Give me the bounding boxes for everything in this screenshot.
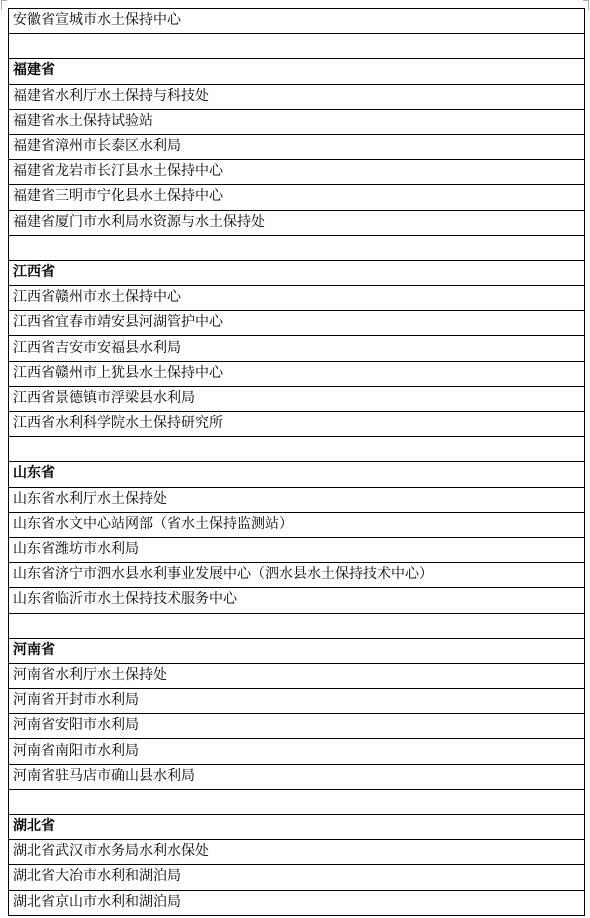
row-text: 山东省济宁市泗水县水利事业发展中心（泗水县水土保持技术中心） [13,568,433,582]
province-header-row: 山东省 [9,462,584,487]
row-text: 江西省赣州市上犹县水土保持中心 [13,367,223,381]
empty-row [9,437,584,462]
row-text: 山东省水利厅水土保持处 [13,493,167,507]
org-row: 湖北省大冶市水利和湖泊局 [9,865,584,890]
org-row: 福建省三明市宁化县水土保持中心 [9,185,584,210]
province-header-row: 江西省 [9,261,584,286]
org-row: 河南省水利厅水土保持处 [9,664,584,689]
row-text: 福建省漳州市长泰区水利局 [13,140,181,154]
row-text: 河南省南阳市水利局 [13,745,139,759]
row-text: 河南省驻马店市确山县水利局 [13,770,195,784]
org-row: 河南省安阳市水利局 [9,714,584,739]
row-text: 山东省临沂市水土保持技术服务中心 [13,593,237,607]
org-row: 河南省开封市水利局 [9,689,584,714]
org-row: 江西省赣州市上犹县水土保持中心 [9,362,584,387]
row-text: 福建省水利厅水土保持与科技处 [13,90,209,104]
org-row: 山东省水利厅水土保持处 [9,488,584,513]
org-row: 山东省水文中心站网部（省水土保持监测站） [9,513,584,538]
org-row: 福建省龙岩市长汀县水土保持中心 [9,160,584,185]
row-text: 山东省水文中心站网部（省水土保持监测站） [13,518,293,532]
row-text: 河南省开封市水利局 [13,694,139,708]
row-text: 福建省 [13,64,55,78]
row-text: 河南省水利厅水土保持处 [13,669,167,683]
org-row: 江西省景德镇市浮梁县水利局 [9,387,584,412]
province-header-row: 福建省 [9,59,584,84]
row-text: 江西省景德镇市浮梁县水利局 [13,392,195,406]
province-header-row: 河南省 [9,639,584,664]
org-row: 福建省水土保持试验站 [9,110,584,135]
org-row: 山东省济宁市泗水县水利事业发展中心（泗水县水土保持技术中心） [9,563,584,588]
org-row: 江西省宜春市靖安县河湖管护中心 [9,311,584,336]
row-text: 湖北省武汉市水务局水利水保处 [13,845,209,859]
organization-table: 安徽省宣城市水土保持中心福建省福建省水利厅水土保持与科技处福建省水土保持试验站福… [8,8,585,916]
row-text: 湖北省大冶市水利和湖泊局 [13,870,181,884]
province-header-row: 湖北省 [9,815,584,840]
row-text: 安徽省宣城市水土保持中心 [13,14,181,28]
org-row: 河南省南阳市水利局 [9,739,584,764]
org-row: 江西省吉安市安福县水利局 [9,336,584,361]
row-text: 江西省宜春市靖安县河湖管护中心 [13,316,223,330]
row-text: 福建省厦门市水利局水资源与水土保持处 [13,216,265,230]
row-text: 福建省三明市宁化县水土保持中心 [13,190,223,204]
org-row: 湖北省武汉市水务局水利水保处 [9,840,584,865]
org-row: 安徽省宣城市水土保持中心 [9,9,584,34]
row-text: 江西省 [13,266,55,280]
org-row: 福建省厦门市水利局水资源与水土保持处 [9,211,584,236]
row-text: 福建省水土保持试验站 [13,115,153,129]
row-text: 河南省 [13,644,55,658]
row-text: 福建省龙岩市长汀县水土保持中心 [13,165,223,179]
empty-row [9,790,584,815]
row-text: 江西省赣州市水土保持中心 [13,291,181,305]
table-handle-mark-left [1,0,7,10]
org-row: 湖北省京山市水利和湖泊局 [9,891,584,916]
org-row: 福建省水利厅水土保持与科技处 [9,85,584,110]
row-text: 江西省水利科学院水土保持研究所 [13,417,223,431]
row-text: 山东省 [13,467,55,481]
org-row: 江西省水利科学院水土保持研究所 [9,412,584,437]
empty-row [9,236,584,261]
org-row: 福建省漳州市长泰区水利局 [9,135,584,160]
org-row: 山东省临沂市水土保持技术服务中心 [9,588,584,613]
row-text: 湖北省 [13,820,55,834]
org-row: 山东省潍坊市水利局 [9,538,584,563]
empty-row [9,34,584,59]
row-text: 山东省潍坊市水利局 [13,543,139,557]
row-text: 河南省安阳市水利局 [13,719,139,733]
row-text: 湖北省京山市水利和湖泊局 [13,896,181,910]
org-row: 河南省驻马店市确山县水利局 [9,765,584,790]
org-row: 江西省赣州市水土保持中心 [9,286,584,311]
row-text: 江西省吉安市安福县水利局 [13,342,181,356]
empty-row [9,614,584,639]
